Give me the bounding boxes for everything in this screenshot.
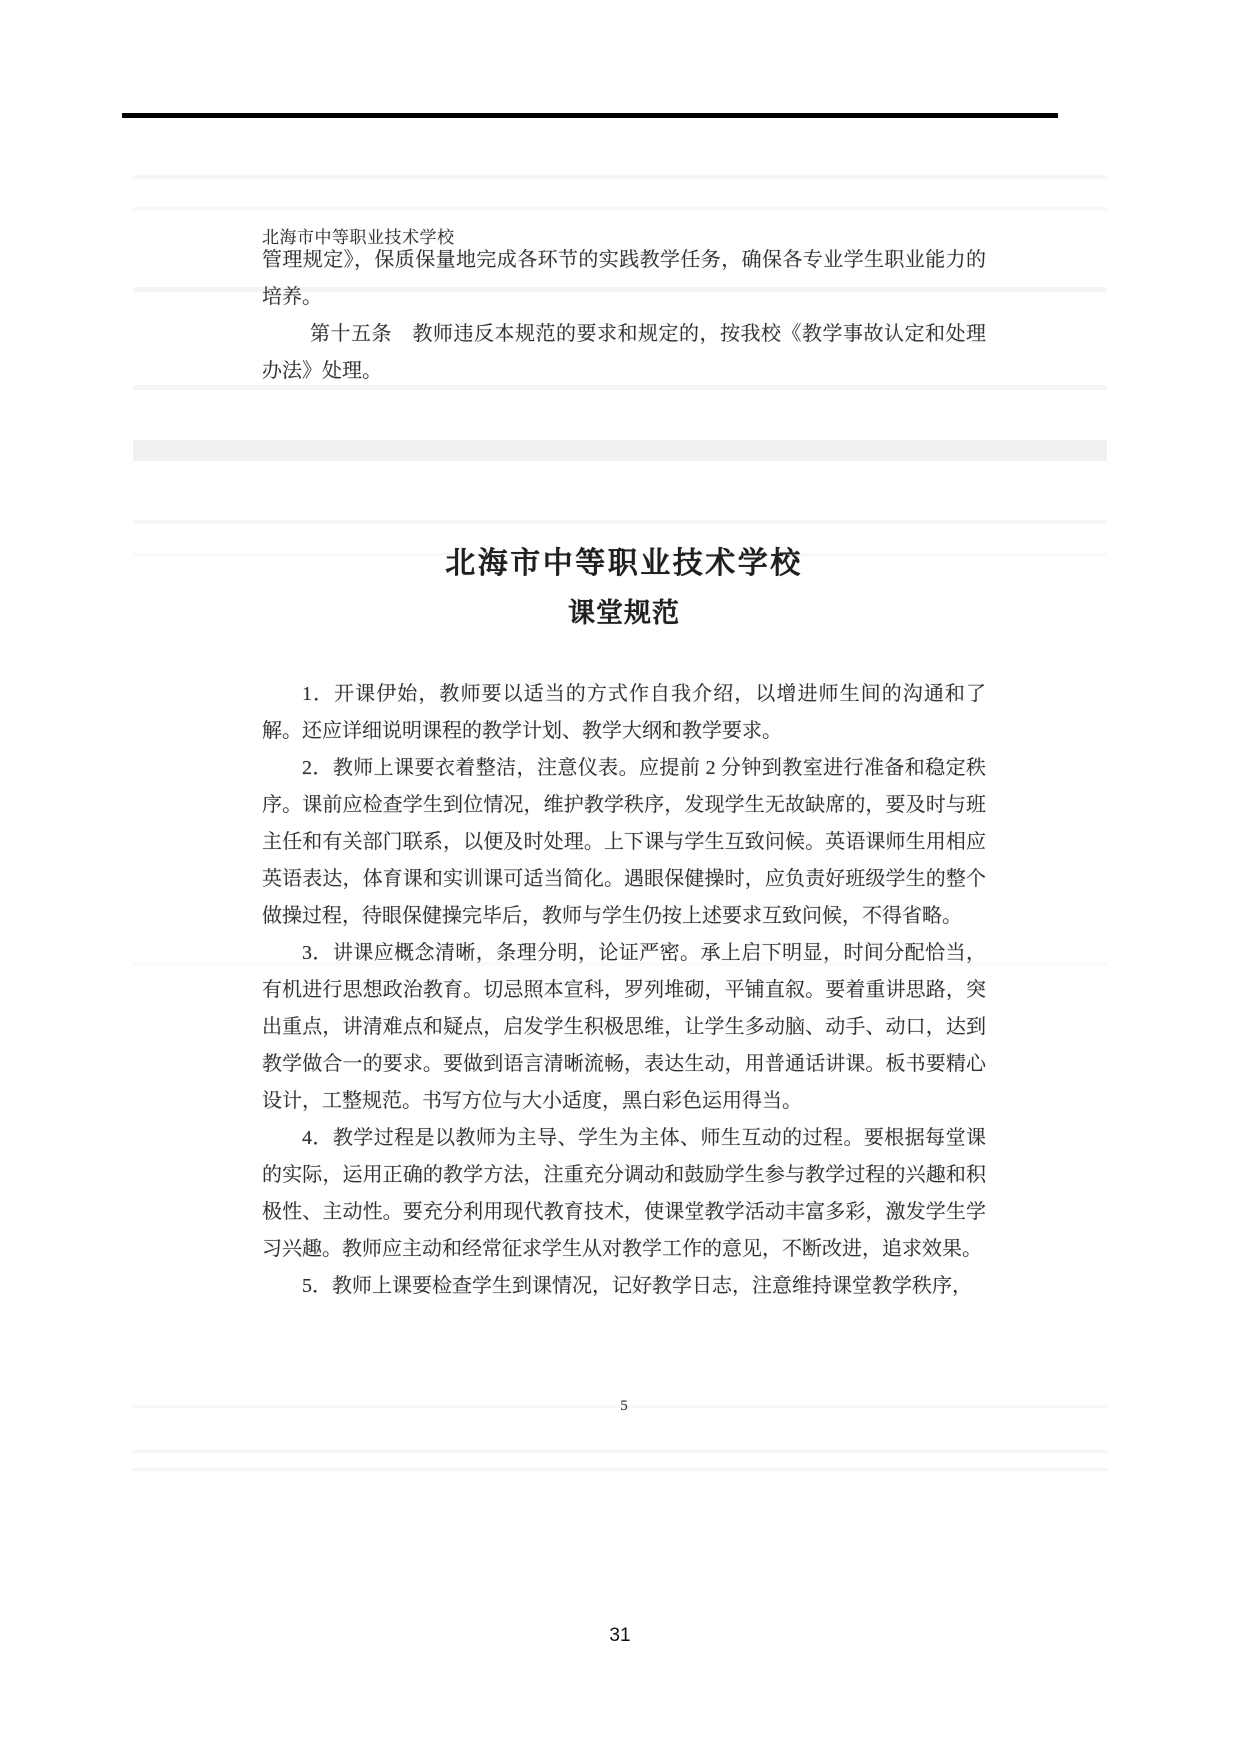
- intro-paragraph: 管理规定》，保质保量地完成各环节的实践教学任务，确保各专业学生职业能力的培养。: [262, 242, 986, 316]
- body-section: 1．开课伊始，教师要以适当的方式作自我介绍，以增进师生间的沟通和了解。还应详细说…: [262, 676, 986, 1305]
- body-paragraph: 2．教师上课要衣着整洁，注意仪表。应提前 2 分钟到教室进行准备和稳定秩序。课前…: [262, 750, 986, 935]
- body-paragraph: 1．开课伊始，教师要以适当的方式作自我介绍，以增进师生间的沟通和了解。还应详细说…: [262, 676, 986, 750]
- header-rule: [122, 113, 1058, 118]
- body-paragraph: 5．教师上课要检查学生到课情况，记好教学日志，注意维持课堂教学秩序，: [262, 1268, 986, 1305]
- document-title: 北海市中等职业技术学校: [262, 545, 986, 583]
- document-page: 北海市中等职业技术学校 管理规定》，保质保量地完成各环节的实践教学任务，确保各专…: [0, 0, 1240, 1754]
- body-paragraph: 3．讲课应概念清晰，条理分明，论证严密。承上启下明显，时间分配恰当，有机进行思想…: [262, 935, 986, 1120]
- document-title-group: 北海市中等职业技术学校 课堂规范: [262, 545, 986, 631]
- scan-inner-page-number: 5: [262, 1398, 986, 1415]
- body-paragraph: 4．教学过程是以教师为主导、学生为主体、师生互动的过程。要根据每堂课的实际，运用…: [262, 1120, 986, 1268]
- intro-paragraph: 第十五条 教师违反本规范的要求和规定的，按我校《教学事故认定和处理办法》处理。: [262, 316, 986, 390]
- intro-section: 管理规定》，保质保量地完成各环节的实践教学任务，确保各专业学生职业能力的培养。 …: [262, 242, 986, 390]
- document-subtitle: 课堂规范: [262, 595, 986, 631]
- outer-page-number: 31: [0, 1625, 1240, 1647]
